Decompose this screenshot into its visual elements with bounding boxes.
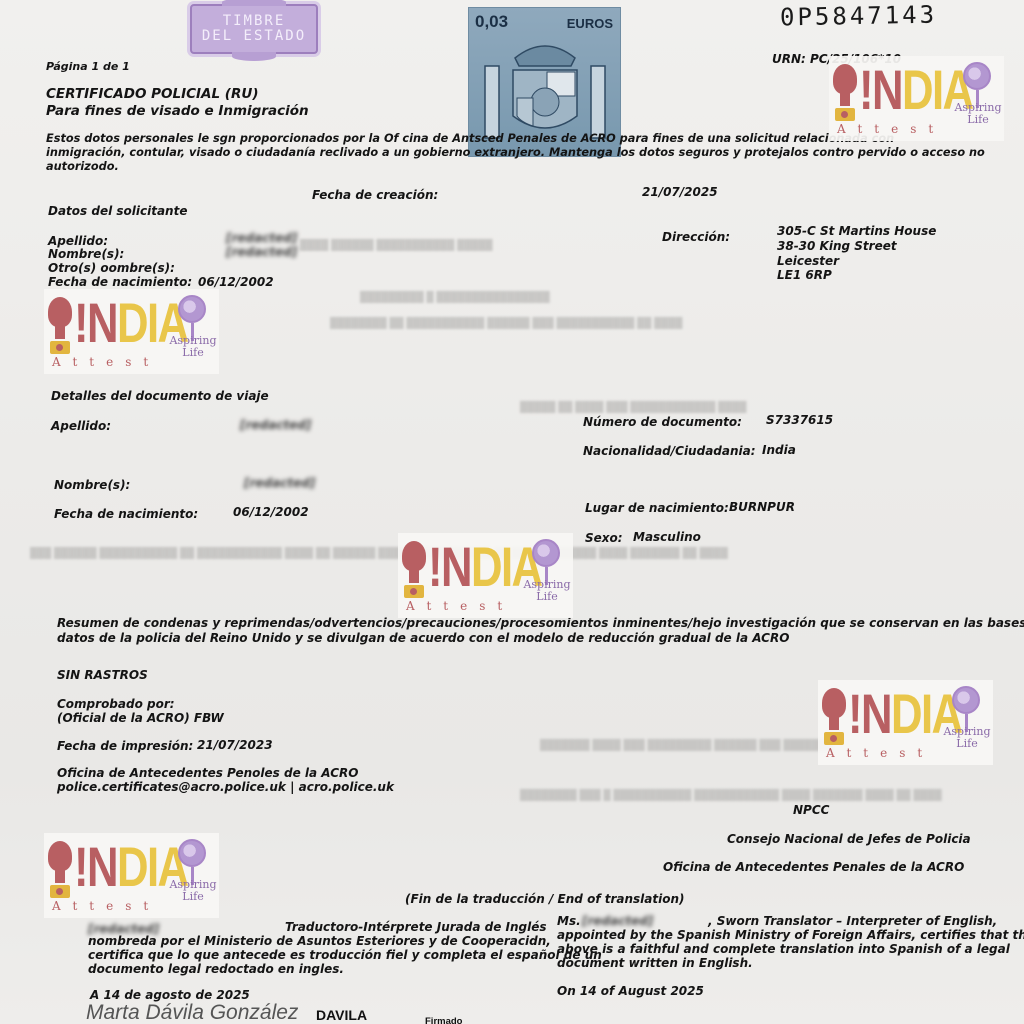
office-name: Oficina de Antecedentes Penoles de la AC… [57,766,358,780]
india-attest-watermark: !NDIA Attest AspiringLife [398,533,573,618]
sex-label: Sexo: [585,531,623,545]
summary-result: SIN RASTROS [57,668,148,682]
translator-en-line-4: document written in English. [557,956,753,970]
address-line-4: LE1 6RP [777,268,832,282]
applicant-surname-label: Apellido: [48,234,108,248]
travel-names-label: Nombre(s): [54,478,130,492]
page-indicator: Página 1 de 1 [46,60,130,74]
translator-en-line-1: , Sworn Translator – Interpreter of Engl… [708,914,997,928]
stamp-base [835,108,855,121]
summary-line-2: datos de la policia del Reino Unido y se… [57,631,789,645]
sex-value: Masculino [633,530,701,544]
translator-en-prefix: Ms. [557,914,581,928]
nationality-value: India [762,443,796,457]
background-bleed: ███████ ████ ███ █████████ ██████ ███ ██… [540,740,833,751]
background-bleed: ████████ ██ ███████████ ██████ ███ █████… [330,318,682,329]
nationality-label: Nacionalidad/Ciudadania: [583,444,756,458]
intro-line-2: inmigración, contular, visado o ciudadan… [46,146,985,160]
checked-by-value: (Oficial de la ACRO) FBW [57,711,224,725]
summary-line-1: Resumen de condenas y reprimendas/odvert… [57,616,1024,630]
watermark-aspiring-life: AspiringLife [522,579,572,603]
watermark-attest: Attest [837,122,945,136]
watermark-life: Life [953,114,1003,126]
document-title: CERTIFICADO POLICIAL (RU) [46,86,259,103]
address-line-2: 38-30 King Street [777,239,897,253]
watermark-brand-a: !N [848,682,891,745]
fiscal-stamp-value: 0,03 [475,12,508,32]
applicant-dob-label: Fecha de nacimiento: [48,275,192,289]
travel-doc-heading: Detalles del documento de viaje [51,389,269,403]
translation-date-en: On 14 of August 2025 [557,984,704,998]
travel-dob-value: 06/12/2002 [233,505,309,519]
globe-icon [963,62,991,90]
applicant-other-names-label: Otro(s) oombre(s): [48,261,175,275]
translator-es-line-1: Traductoro-Intérprete Jurada de Inglés [285,920,547,934]
translator-es-line-4: documento legal redoctado en ingles. [88,962,344,976]
stamp-base [50,341,70,354]
globe-icon [178,839,206,867]
serial-number: 0P5847143 [780,1,938,32]
globe-icon [178,295,206,323]
watermark-aspiring-life: AspiringLife [953,102,1003,126]
background-bleed: ████████ ███ █ ███████████ ████████████ … [520,790,942,801]
stamp-handle [55,321,65,339]
document-subtitle: Para fines de visado e Inmigración [46,103,309,120]
watermark-attest: Attest [52,899,160,913]
watermark-aspiring-life: AspiringLife [168,879,218,903]
stamp-handle [829,712,839,730]
globe-icon [532,539,560,567]
india-attest-watermark: !NDIA Attest AspiringLife [818,680,993,765]
watermark-life: Life [168,891,218,903]
stamp-handle [840,88,850,106]
watermark-aspiring-life: AspiringLife [942,726,992,750]
india-attest-watermark: !NDIA Attest AspiringLife [44,833,219,918]
globe-icon [952,686,980,714]
stamp-handle [55,865,65,883]
birthplace-label: Lugar de nacimiento: [585,501,729,515]
creation-date-value: 21/07/2025 [642,185,718,199]
watermark-brand-a: !N [74,835,117,898]
applicant-surname-value: [redacted] [226,231,297,245]
watermark-life: Life [522,591,572,603]
translator-name-en: [redacted] [582,914,653,928]
address-line-3: Leicester [777,254,839,268]
stamp-base [824,732,844,745]
travel-surname-label: Apellido: [51,419,111,433]
issuer-line-2: Consejo Nacional de Jefes de Policia [727,832,971,846]
background-bleed: ███ ██████ ███████████ ██ ████████████ █… [30,548,728,559]
travel-names-value: [redacted] [244,476,315,490]
contact-line: police.certificates@acro.police.uk | acr… [57,780,394,794]
stamp-handle [409,565,419,583]
background-bleed: █████ ██ ████ ███ ████████████ ████ [520,402,746,413]
watermark-life: Life [942,738,992,750]
applicant-names-label: Nombre(s): [48,247,124,261]
translator-en-line-2: appointed by the Spanish Ministry of For… [557,928,1024,942]
watermark-brand-a: !N [74,291,117,354]
watermark-attest: Attest [406,599,514,613]
timbre-line1: TIMBRE [192,14,316,29]
translation-date-es: A 14 de agosto de 2025 [90,988,250,1002]
watermark-brand-a: !N [859,58,902,121]
watermark-life: Life [168,347,218,359]
applicant-dob-value: 06/12/2002 [198,275,274,289]
checked-by-label: Comprobado por: [57,697,175,711]
doc-number-value: S7337615 [766,413,833,427]
applicant-heading: Datos del solicitante [48,204,187,218]
timbre-del-estado-stamp: TIMBRE DEL ESTADO [190,4,318,54]
india-attest-watermark: !NDIA Attest AspiringLife [44,289,219,374]
end-of-translation: (Fin de la traducción / End of translati… [405,892,684,906]
translator-es-line-2: nombreda por el Ministerio de Asuntos Es… [88,934,551,948]
address-line-1: 305-C St Martins House [777,224,936,238]
doc-number-label: Número de documento: [583,415,742,429]
intro-line-1: Estos dotos personales le sgn proporcion… [46,132,894,146]
document-page: ████ ██████ ███████████ █████ █████████ … [0,0,1024,1024]
india-attest-watermark: !NDIA Attest AspiringLife [829,56,1004,141]
birthplace-value: BURNPUR [729,500,795,514]
signature-surname-caps: DAVILA [316,1007,367,1023]
applicant-names-value: [redacted] [226,245,297,259]
watermark-aspiring-life: AspiringLife [168,335,218,359]
travel-dob-label: Fecha de nacimiento: [54,507,198,521]
stamp-base [404,585,424,598]
address-label: Dirección: [662,230,730,244]
intro-line-3: autorizodo. [46,160,119,174]
background-bleed: █████████ █ ████████████████ [360,292,550,303]
timbre-line2: DEL ESTADO [192,29,316,44]
issuer-line-1: NPCC [793,803,829,817]
fiscal-stamp-currency: EUROS [567,16,613,31]
print-date-value: 21/07/2023 [197,738,273,752]
translator-signature: Marta Dávila González [86,1001,298,1024]
watermark-attest: Attest [52,355,160,369]
travel-surname-value: [redacted] [240,418,311,432]
stamp-base [50,885,70,898]
background-bleed: ████ ██████ ███████████ █████ [300,240,493,251]
signed-label: Firmado [425,1016,462,1024]
print-date-label: Fecha de impresión: [57,739,193,753]
translator-es-line-3: certifica que lo que antecede es troducc… [88,948,602,962]
creation-date-label: Fecha de creación: [312,188,438,202]
issuer-line-3: Oficina de Antecedentes Penales de la AC… [663,860,964,874]
translator-en-line-3: above is a faithful and complete transla… [557,942,1010,956]
watermark-attest: Attest [826,746,934,760]
watermark-brand-a: !N [428,535,471,598]
